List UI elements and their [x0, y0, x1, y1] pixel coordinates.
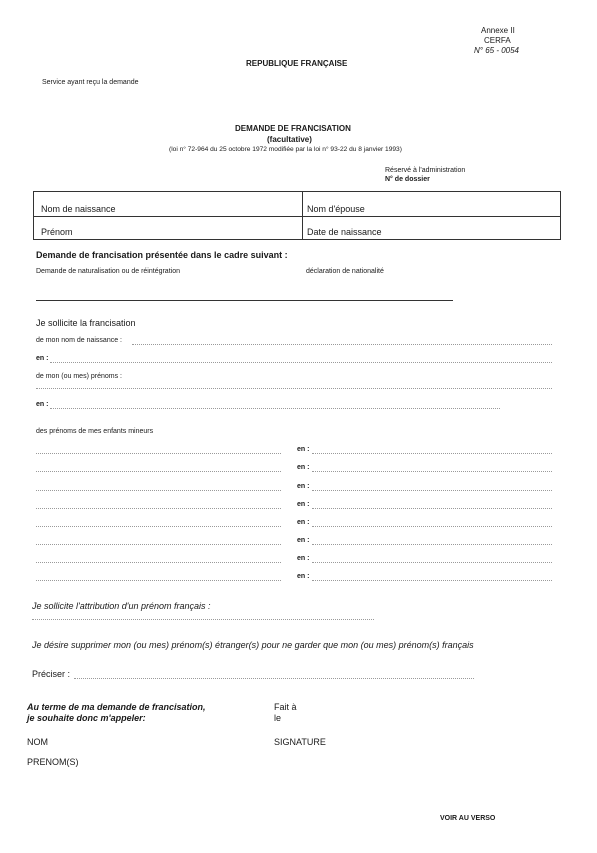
fait-a-label[interactable]: Fait à	[274, 702, 297, 712]
child-en-label: en :	[297, 537, 309, 544]
child-name-input[interactable]	[36, 526, 281, 527]
enfants-label: des prénoms de mes enfants mineurs	[36, 428, 153, 435]
le-label[interactable]: le	[274, 713, 281, 723]
child-francise-input[interactable]	[312, 544, 552, 545]
table-row-divider	[33, 216, 560, 217]
preciser-label: Préciser :	[32, 669, 70, 679]
final-line2: je souhaite donc m'appeler:	[27, 713, 146, 723]
separator-line	[36, 300, 453, 301]
final-line1: Au terme de ma demande de francisation,	[27, 702, 206, 712]
cadre-heading: Demande de francisation présentée dans l…	[36, 250, 288, 260]
service-label: Service ayant reçu la demande	[42, 79, 139, 86]
attribution-input[interactable]	[32, 619, 374, 620]
en-label: en :	[36, 355, 48, 362]
child-en-label: en :	[297, 555, 309, 562]
nom-naissance-label: de mon nom de naissance :	[36, 337, 122, 344]
nom-naissance-field[interactable]: Nom de naissance	[41, 204, 116, 214]
en-label: en :	[36, 401, 48, 408]
final-prenoms-label[interactable]: PRENOM(S)	[27, 757, 79, 767]
child-name-input[interactable]	[36, 490, 281, 491]
child-francise-input[interactable]	[312, 453, 552, 454]
prenoms-input[interactable]	[36, 388, 552, 389]
final-nom-label[interactable]: NOM	[27, 737, 48, 747]
dossier-number-label: N° de dossier	[385, 176, 430, 183]
cerfa-number: N° 65 - 0054	[474, 46, 519, 55]
child-francise-input[interactable]	[312, 580, 552, 581]
child-francise-input[interactable]	[312, 562, 552, 563]
attribution-heading: Je sollicite l'attribution d'un prénom f…	[32, 601, 211, 611]
suppression-text[interactable]: Je désire supprimer mon (ou mes) prénom(…	[32, 640, 474, 650]
prenoms-label: de mon (ou mes) prénoms :	[36, 373, 122, 380]
option-declaration[interactable]: déclaration de nationalité	[306, 268, 384, 275]
admin-reserved-label: Réservé à l'administration	[385, 167, 465, 174]
child-name-input[interactable]	[36, 471, 281, 472]
prenoms-francises-input[interactable]	[50, 408, 500, 409]
nom-epouse-field[interactable]: Nom d'épouse	[307, 204, 365, 214]
child-name-input[interactable]	[36, 453, 281, 454]
child-name-input[interactable]	[36, 508, 281, 509]
child-en-label: en :	[297, 519, 309, 526]
child-en-label: en :	[297, 573, 309, 580]
form-subtitle: (facultative)	[267, 135, 312, 144]
child-en-label: en :	[297, 501, 309, 508]
form-title: DEMANDE DE FRANCISATION	[235, 124, 351, 133]
voir-verso-label: VOIR AU VERSO	[440, 815, 495, 822]
child-en-label: en :	[297, 483, 309, 490]
child-francise-input[interactable]	[312, 471, 552, 472]
cerfa-label: CERFA	[484, 36, 511, 45]
signature-label[interactable]: SIGNATURE	[274, 737, 326, 747]
date-naissance-field[interactable]: Date de naissance	[307, 227, 382, 237]
child-francise-input[interactable]	[312, 490, 552, 491]
child-name-input[interactable]	[36, 580, 281, 581]
prenom-field[interactable]: Prénom	[41, 227, 73, 237]
law-reference: (loi n° 72-964 du 25 octobre 1972 modifi…	[169, 146, 402, 153]
child-en-label: en :	[297, 464, 309, 471]
republic-title: REPUBLIQUE FRANÇAISE	[246, 59, 347, 68]
child-name-input[interactable]	[36, 544, 281, 545]
annexe-label: Annexe II	[481, 26, 515, 35]
child-name-input[interactable]	[36, 562, 281, 563]
francisation-heading: Je sollicite la francisation	[36, 318, 136, 328]
child-francise-input[interactable]	[312, 508, 552, 509]
table-col-divider	[302, 191, 303, 239]
nom-francise-input[interactable]	[50, 362, 552, 363]
option-naturalisation[interactable]: Demande de naturalisation ou de réintégr…	[36, 268, 180, 275]
child-en-label: en :	[297, 446, 309, 453]
preciser-input[interactable]	[74, 678, 474, 679]
child-francise-input[interactable]	[312, 526, 552, 527]
nom-naissance-input[interactable]	[132, 344, 552, 345]
